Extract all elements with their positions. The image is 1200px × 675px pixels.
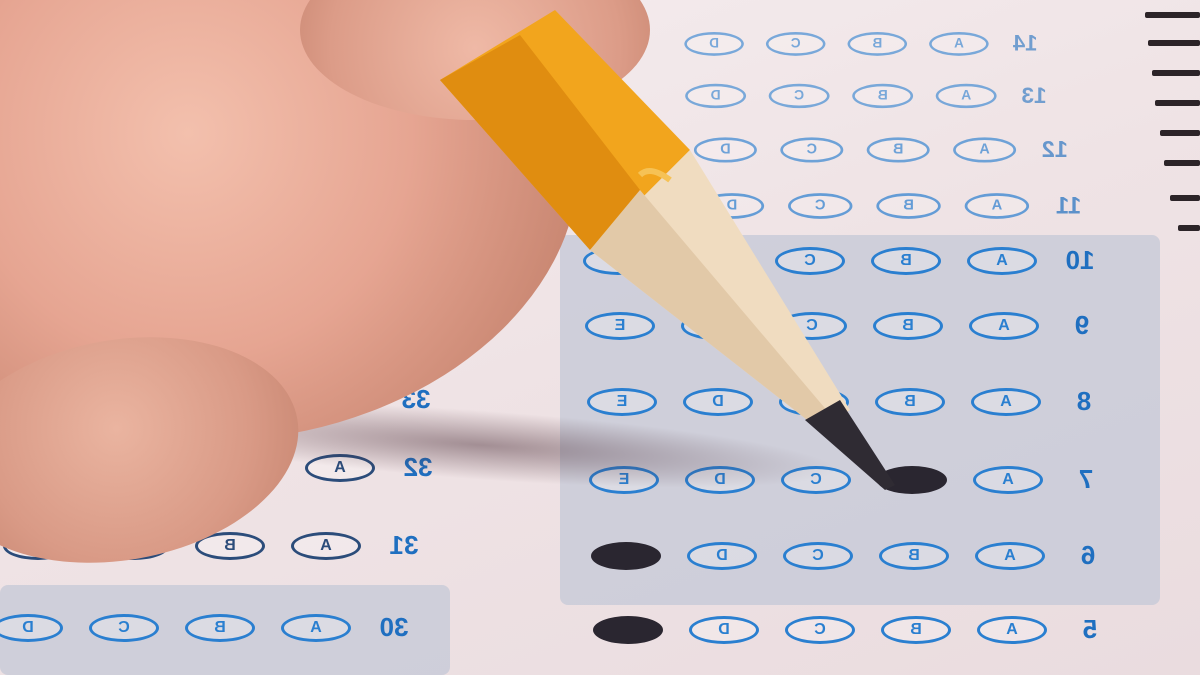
question-number: 31 [374,530,434,561]
bubble-a[interactable]: A [967,247,1037,275]
bubble-a[interactable]: A [281,614,351,642]
answer-row-9: 9 A B C D E [572,310,1112,341]
question-number: 12 [1028,136,1082,164]
question-number: 13 [1008,82,1060,109]
question-number: 11 [1041,191,1096,220]
bubble-d[interactable]: D [700,193,764,219]
question-number: 8 [1054,386,1114,417]
bubble-d[interactable]: D [683,388,753,416]
bubble-a[interactable]: A [975,542,1045,570]
bubble-c[interactable]: C [788,193,852,219]
bubble-d[interactable]: D [681,312,751,340]
question-number: 5 [1060,614,1120,645]
bubble-b[interactable]: B [875,388,945,416]
bubble-c[interactable]: C [775,247,845,275]
bubble-a[interactable]: A [973,466,1043,494]
bubble-d[interactable]: D [694,137,757,162]
bubble-a[interactable]: A [977,616,1047,644]
answer-row-14: 14 A B C D [673,30,1050,56]
answer-row-13: 13 A B C D [674,82,1060,109]
bubble-d[interactable]: D [689,616,759,644]
bubble-b[interactable]: B [876,193,940,219]
bubble-b[interactable]: B [879,542,949,570]
bubble-a[interactable]: A [936,83,997,107]
bubble-e-filled[interactable]: E [593,616,663,644]
bubble-b[interactable]: B [852,83,913,107]
bubble-e-filled[interactable]: E [591,542,661,570]
photo-scene: 14 A B C D 13 A B C D 12 A B C D 11 A B … [0,0,1200,675]
answer-row-6: 6 A B C D E [578,540,1118,571]
answer-row-30: 30 A B C D [0,612,424,643]
bubble-b[interactable]: B [873,312,943,340]
answer-row-10: 10 A B C D E [570,245,1110,276]
bubble-c[interactable]: C [779,388,849,416]
bubble-c[interactable]: C [769,83,830,107]
question-number: 6 [1058,540,1118,571]
bubble-b[interactable]: B [848,32,908,56]
bubble-d[interactable]: D [685,83,746,107]
answer-row-8: 8 A B C D E [574,386,1114,417]
bubble-b[interactable]: B [871,247,941,275]
bubble-d[interactable]: D [0,614,63,642]
bubble-a[interactable]: A [971,388,1041,416]
bubble-c[interactable]: C [89,614,159,642]
bubble-d[interactable]: D [679,247,749,275]
bubble-c[interactable]: C [766,32,826,56]
bubble-e[interactable]: E [585,312,655,340]
question-number: 9 [1052,310,1112,341]
bubble-c[interactable]: C [783,542,853,570]
answer-row-11: 11 A B C D [688,191,1096,220]
bubble-a[interactable]: A [965,193,1029,219]
bubble-b[interactable]: B [881,616,951,644]
question-number: 7 [1056,464,1116,495]
timing-marks [1140,0,1200,260]
bubble-b-filled[interactable]: B [877,466,947,494]
answer-row-12: 12 A B C D [682,136,1082,164]
bubble-b[interactable]: B [867,137,930,162]
bubble-e[interactable]: E [583,247,653,275]
bubble-e[interactable]: E [587,388,657,416]
question-number: 10 [1050,245,1110,276]
bubble-d[interactable]: D [684,32,744,56]
bubble-a[interactable]: A [929,32,989,56]
answer-row-5: 5 A B C D E [580,614,1120,645]
question-number: 14 [1000,30,1051,56]
bubble-a[interactable]: A [969,312,1039,340]
bubble-c[interactable]: C [777,312,847,340]
bubble-a[interactable]: A [953,137,1016,162]
bubble-a[interactable]: A [291,532,361,560]
bubble-c[interactable]: C [785,616,855,644]
question-number: 30 [364,612,424,643]
bubble-c[interactable]: C [780,137,843,162]
bubble-b[interactable]: B [185,614,255,642]
bubble-d[interactable]: D [687,542,757,570]
